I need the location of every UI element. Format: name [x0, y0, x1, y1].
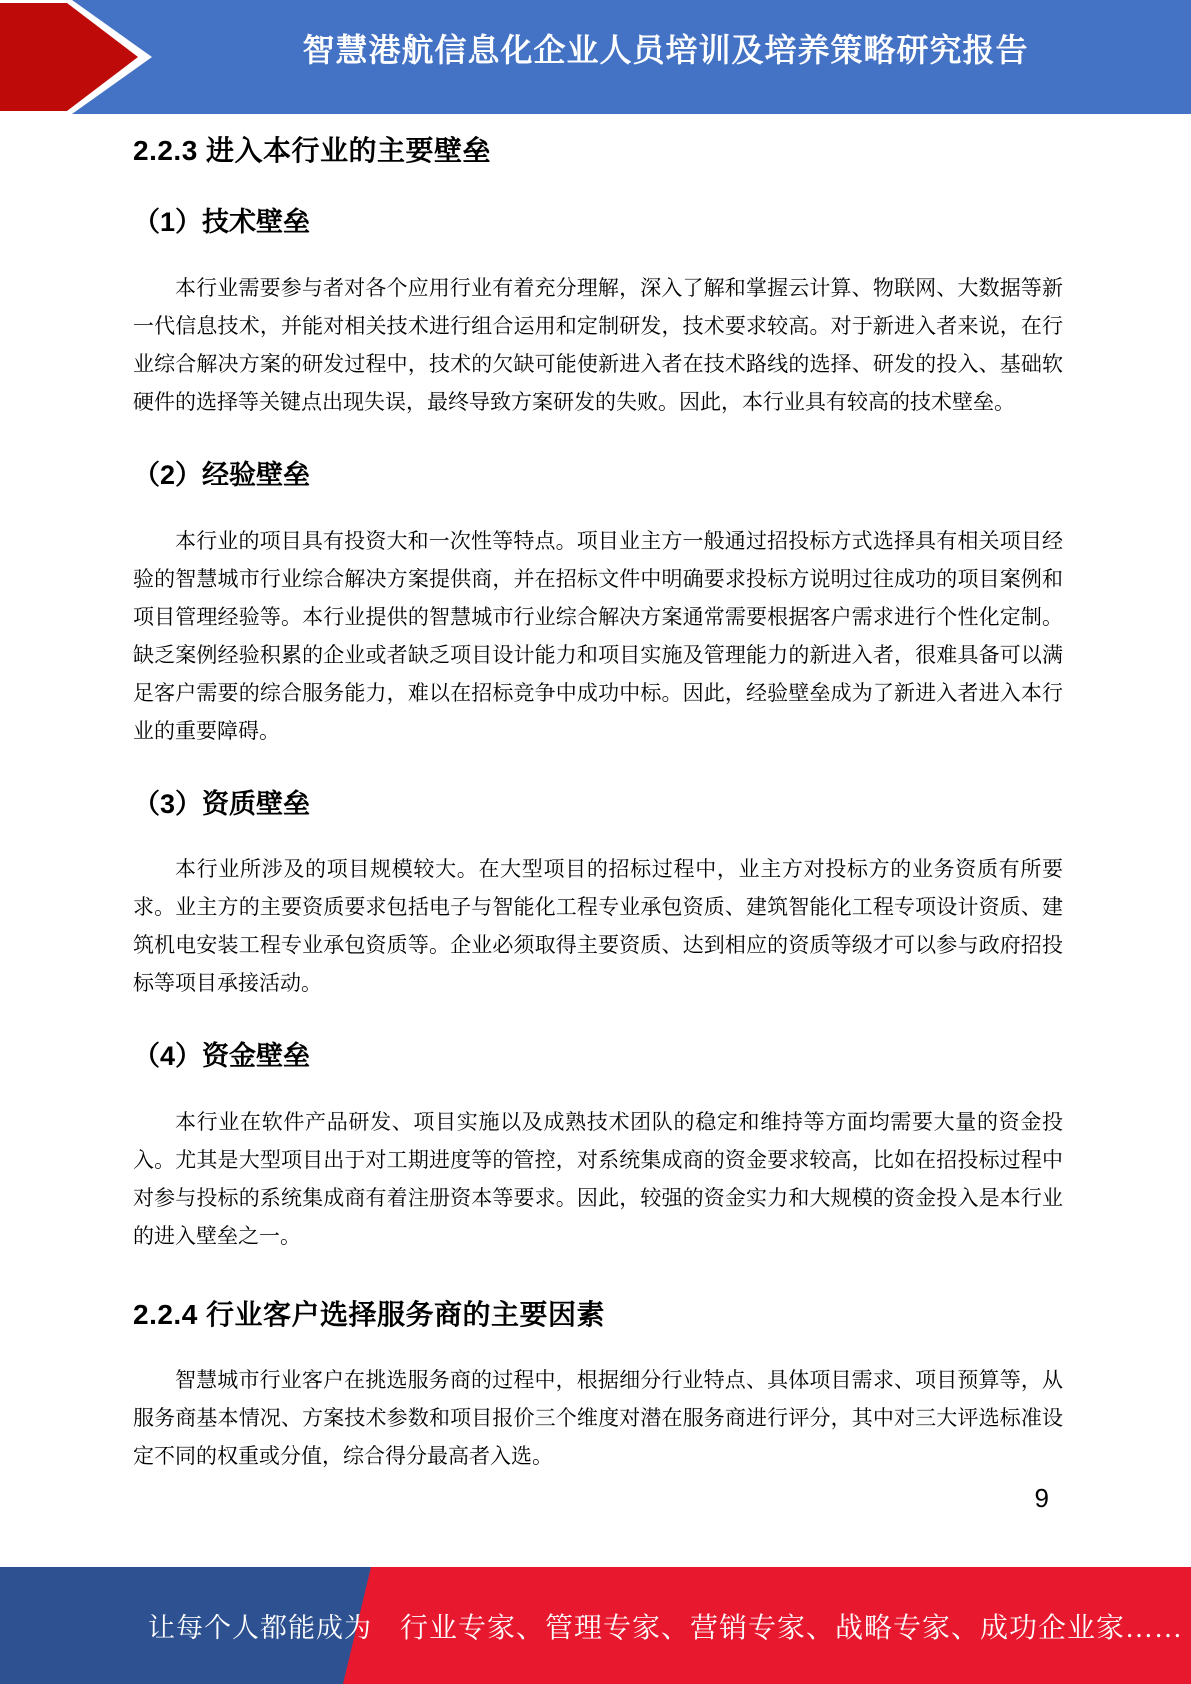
report-title: 智慧港航信息化企业人员培训及培养策略研究报告	[160, 0, 1171, 96]
section-heading-224: 2.2.4 行业客户选择服务商的主要因素	[133, 1297, 1063, 1332]
sub-heading-experience-barrier: （2）经验壁垒	[133, 459, 1063, 493]
sub-heading-tech-barrier: （1）技术壁垒	[133, 206, 1063, 240]
section-heading-223: 2.2.3 进入本行业的主要壁垒	[133, 133, 1063, 168]
sub-heading-capital-barrier: （4）资金壁垒	[133, 1040, 1063, 1074]
sub-heading-qualification-barrier: （3）资质壁垒	[133, 788, 1063, 822]
paragraph-customer-selection: 智慧城市行业客户在挑选服务商的过程中，根据细分行业特点、具体项目需求、项目预算等…	[133, 1361, 1063, 1475]
report-page: 智慧港航信息化企业人员培训及培养策略研究报告 2.2.3 进入本行业的主要壁垒 …	[0, 0, 1191, 1684]
paragraph-experience-barrier: 本行业的项目具有投资大和一次性等特点。项目业主方一般通过招投标方式选择具有相关项…	[133, 522, 1063, 750]
arrow-right-icon	[0, 0, 150, 114]
document-content: 2.2.3 进入本行业的主要壁垒 （1）技术壁垒 本行业需要参与者对各个应用行业…	[0, 133, 1191, 1514]
page-number: 9	[133, 1483, 1049, 1514]
footer-slogan-right: 行业专家、管理专家、营销专家、战略专家、成功企业家……	[400, 1567, 1183, 1684]
paragraph-qualification-barrier: 本行业所涉及的项目规模较大。在大型项目的招标过程中，业主方对投标方的业务资质有所…	[133, 850, 1063, 1002]
header-banner: 智慧港航信息化企业人员培训及培养策略研究报告	[0, 0, 1191, 114]
footer-banner: 让每个人都能成为 行业专家、管理专家、营销专家、战略专家、成功企业家……	[0, 1567, 1191, 1684]
paragraph-tech-barrier: 本行业需要参与者对各个应用行业有着充分理解，深入了解和掌握云计算、物联网、大数据…	[133, 269, 1063, 421]
paragraph-capital-barrier: 本行业在软件产品研发、项目实施以及成熟技术团队的稳定和维持等方面均需要大量的资金…	[133, 1103, 1063, 1255]
footer-slogan-left: 让每个人都能成为	[148, 1567, 372, 1684]
